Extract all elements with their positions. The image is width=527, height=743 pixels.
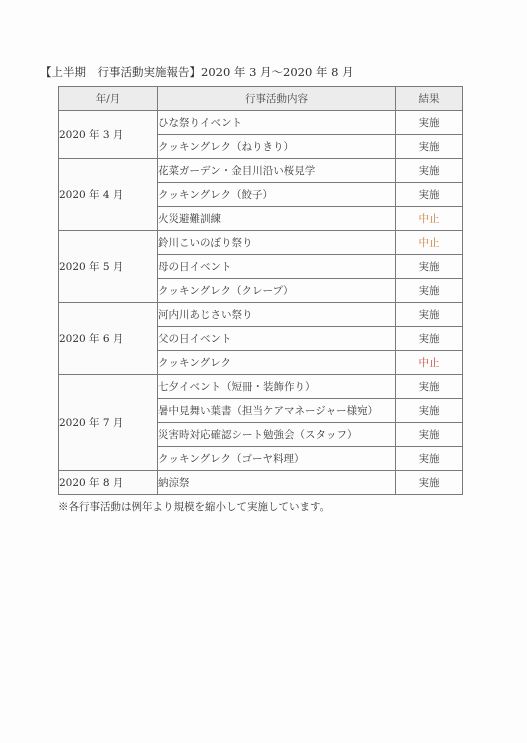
month-cell: 2020 年 7 月: [59, 375, 158, 471]
result-cell: 実施: [396, 279, 463, 303]
month-cell: 2020 年 5 月: [59, 231, 158, 303]
result-cell: 実施: [396, 423, 463, 447]
result-cell-cancelled: 中止: [396, 351, 463, 375]
result-cell: 実施: [396, 255, 463, 279]
activity-cell: 母の日イベント: [158, 255, 396, 279]
footnote: ※各行事活動は例年より規模を縮小して実施しています。: [58, 499, 330, 514]
month-cell: 2020 年 3 月: [59, 111, 158, 159]
result-cell: 実施: [396, 471, 463, 495]
result-cell: 実施: [396, 447, 463, 471]
result-cell: 実施: [396, 327, 463, 351]
table-row: 2020 年 4 月 花菜ガーデン・金目川沿い桜見学 実施: [59, 159, 463, 183]
activity-cell: 花菜ガーデン・金目川沿い桜見学: [158, 159, 396, 183]
activity-cell: 災害時対応確認シート勉強会（スタッフ）: [158, 423, 396, 447]
result-cell: 実施: [396, 183, 463, 207]
header-result: 結果: [396, 87, 463, 111]
month-cell: 2020 年 6 月: [59, 303, 158, 375]
result-cell: 実施: [396, 303, 463, 327]
result-cell: 実施: [396, 399, 463, 423]
activity-cell: ひな祭りイベント: [158, 111, 396, 135]
activity-cell: 納涼祭: [158, 471, 396, 495]
activity-cell: クッキングレク（餃子）: [158, 183, 396, 207]
activity-cell: 暑中見舞い葉書（担当ケアマネージャー様宛）: [158, 399, 396, 423]
table-row: 2020 年 8 月 納涼祭 実施: [59, 471, 463, 495]
activity-cell: クッキングレク（クレープ）: [158, 279, 396, 303]
month-cell: 2020 年 8 月: [59, 471, 158, 495]
result-cell: 実施: [396, 159, 463, 183]
table-header-row: 年/月 行事活動内容 結果: [59, 87, 463, 111]
result-cell: 実施: [396, 135, 463, 159]
table-row: 2020 年 7 月 七夕イベント（短冊・装飾作り） 実施: [59, 375, 463, 399]
result-cell-cancelled: 中止: [396, 207, 463, 231]
activity-report-table: 年/月 行事活動内容 結果 2020 年 3 月 ひな祭りイベント 実施 クッキ…: [58, 86, 463, 495]
activity-cell: 父の日イベント: [158, 327, 396, 351]
result-cell: 実施: [396, 111, 463, 135]
activity-cell: 河内川あじさい祭り: [158, 303, 396, 327]
result-cell-cancelled: 中止: [396, 231, 463, 255]
table-row: 2020 年 5 月 鈴川こいのぼり祭り 中止: [59, 231, 463, 255]
activity-cell: クッキングレク（ねりきり）: [158, 135, 396, 159]
activity-cell: 鈴川こいのぼり祭り: [158, 231, 396, 255]
table-row: 2020 年 3 月 ひな祭りイベント 実施: [59, 111, 463, 135]
table-row: 2020 年 6 月 河内川あじさい祭り 実施: [59, 303, 463, 327]
activity-cell: クッキングレク（ゴーヤ料理）: [158, 447, 396, 471]
result-cell: 実施: [396, 375, 463, 399]
activity-cell: クッキングレク: [158, 351, 396, 375]
activity-cell: 七夕イベント（短冊・装飾作り）: [158, 375, 396, 399]
header-activity: 行事活動内容: [158, 87, 396, 111]
month-cell: 2020 年 4 月: [59, 159, 158, 231]
report-title: 【上半期 行事活動実施報告】2020 年 3 月～2020 年 8 月: [40, 64, 354, 80]
activity-cell: 火災避難訓練: [158, 207, 396, 231]
header-month: 年/月: [59, 87, 158, 111]
